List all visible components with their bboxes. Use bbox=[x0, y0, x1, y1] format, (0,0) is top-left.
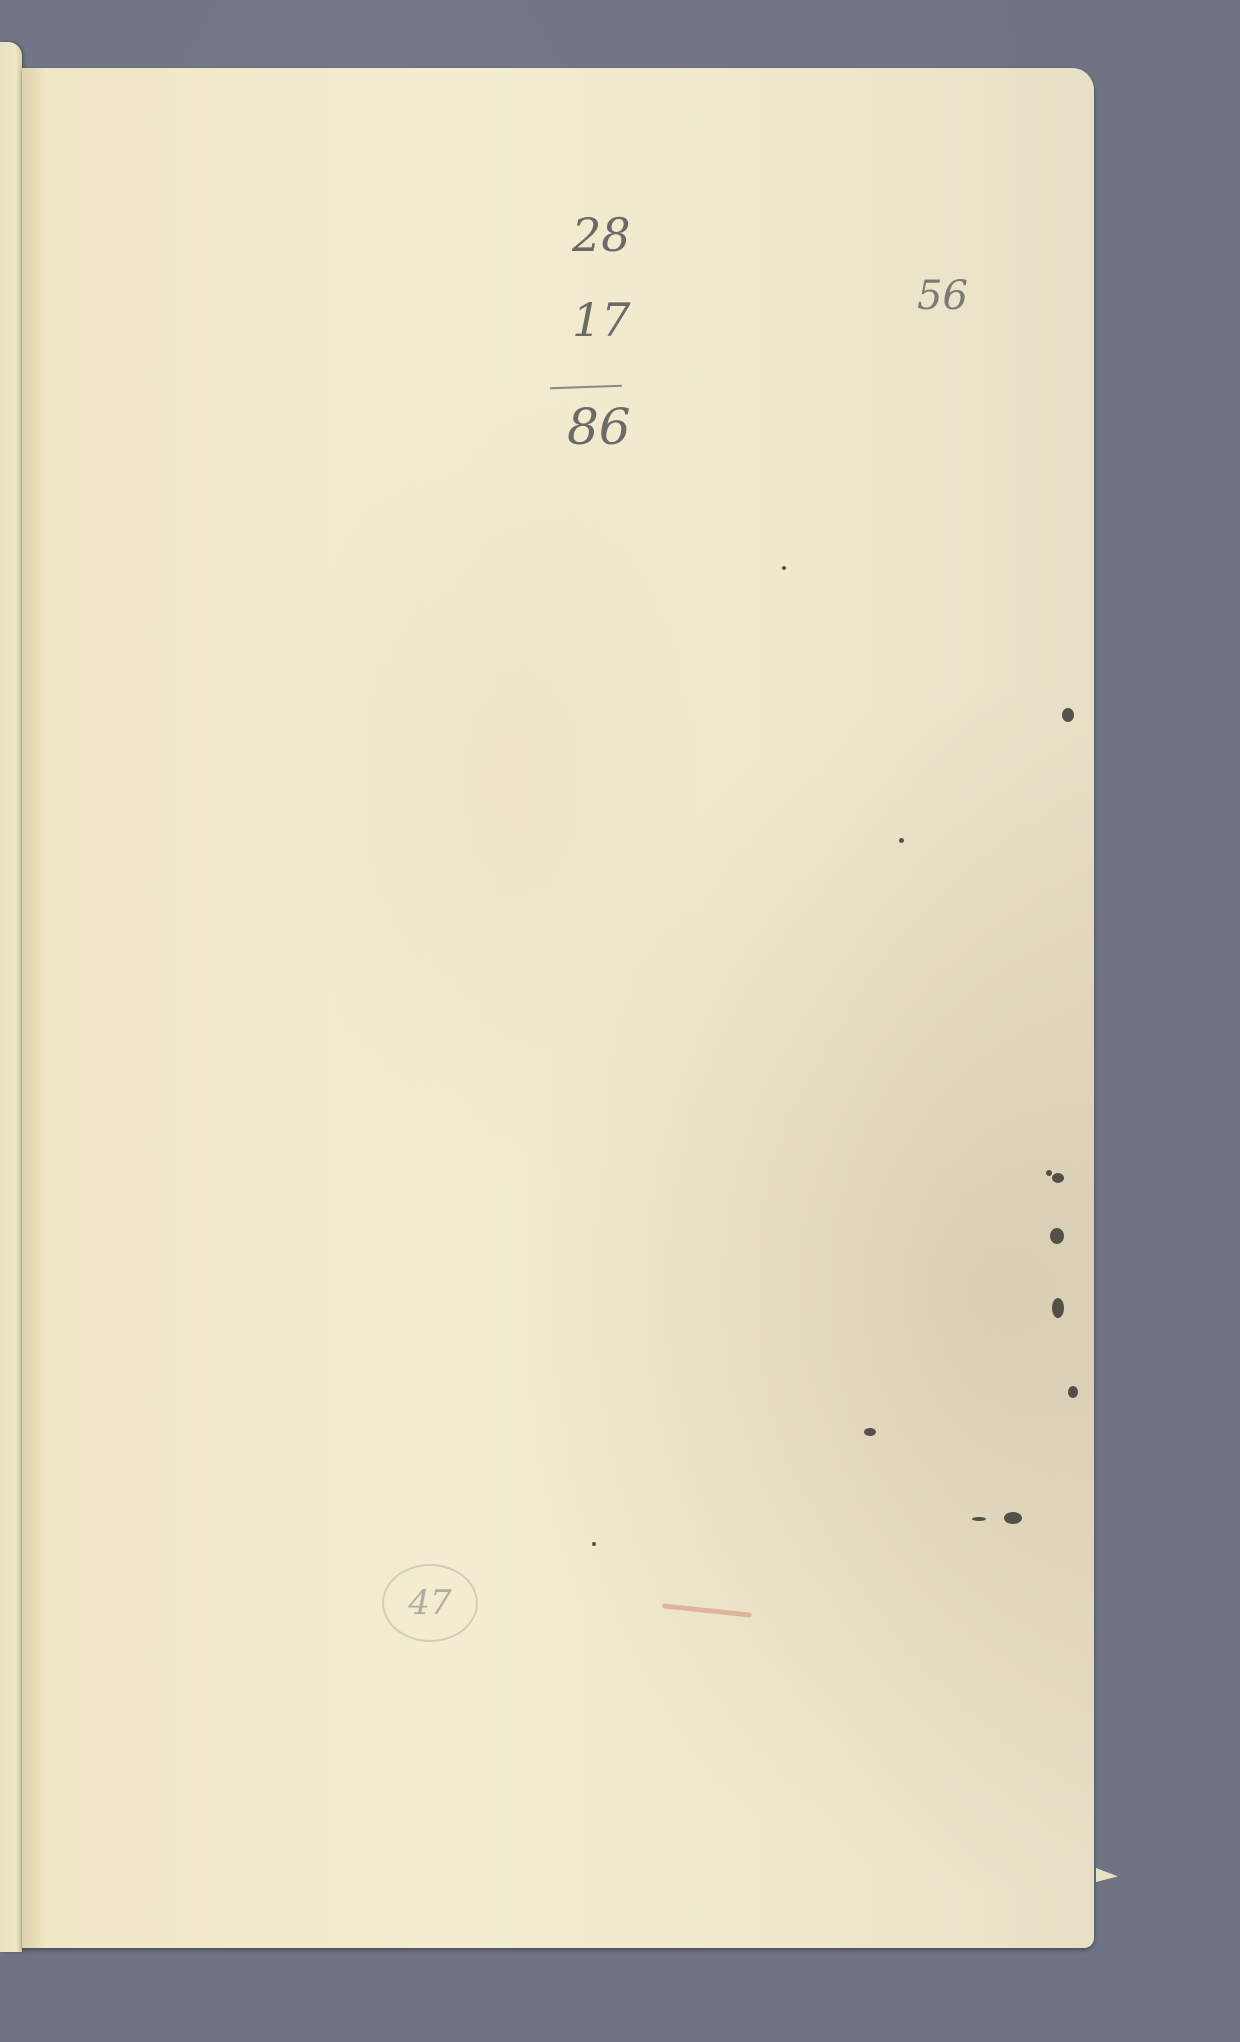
ink-spot bbox=[1046, 1170, 1052, 1176]
ink-spot bbox=[1052, 1173, 1064, 1183]
pencil-sum-top-number: 28 bbox=[572, 208, 631, 262]
ink-spot bbox=[972, 1517, 986, 1521]
previous-page-edge bbox=[0, 42, 22, 1952]
ink-spot bbox=[899, 838, 904, 843]
ink-spot bbox=[1050, 1228, 1064, 1244]
ink-spot bbox=[1004, 1512, 1022, 1524]
binding-gutter-shadow bbox=[22, 68, 48, 1948]
red-ink-mark bbox=[662, 1603, 752, 1617]
ink-spot bbox=[1052, 1298, 1064, 1318]
ink-spot bbox=[782, 566, 786, 570]
ink-spot bbox=[1062, 708, 1074, 722]
pencil-sum-result: 86 bbox=[567, 398, 631, 456]
folio-number: 56 bbox=[917, 273, 968, 319]
circled-page-number: 47 bbox=[382, 1564, 478, 1642]
ink-spot bbox=[1068, 1386, 1078, 1398]
ink-spot bbox=[592, 1542, 596, 1546]
pencil-sum-middle-number: 17 bbox=[572, 293, 631, 347]
manuscript-page: 28 17 86 56 47 bbox=[22, 68, 1094, 1948]
ink-spot bbox=[864, 1428, 876, 1436]
pencil-sum-line bbox=[550, 385, 622, 390]
circled-page-number-text: 47 bbox=[408, 1583, 451, 1623]
